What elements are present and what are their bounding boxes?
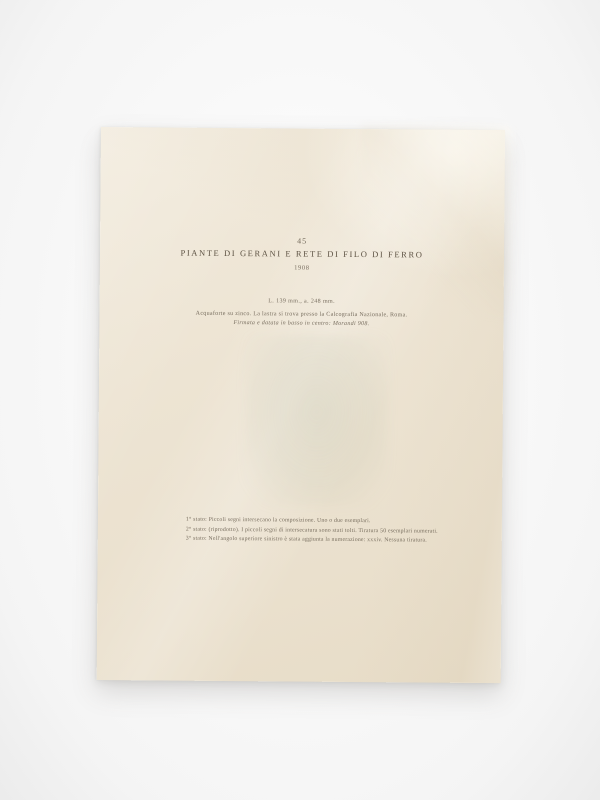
artwork-year: 1908: [100, 263, 504, 273]
paper-light-sheen: [97, 127, 505, 683]
signature-line: Firmata e datata in basso in centro: Mor…: [99, 319, 503, 328]
state-descriptions: 1° stato: Piccoli segni intersecano la c…: [186, 516, 424, 546]
etching-showthrough: [244, 334, 389, 507]
photo-background: 45 PIANTE DI GERANI E RETE DI FILO DI FE…: [0, 0, 600, 800]
state-line-3: 3° stato: Nell'angolo superiore sinistro…: [186, 535, 424, 546]
paper-sheet: 45 PIANTE DI GERANI E RETE DI FILO DI FE…: [97, 127, 505, 683]
artwork-title: PIANTE DI GERANI E RETE DI FILO DI FERRO: [100, 247, 504, 260]
artwork-dimensions: L. 139 mm., a. 248 mm.: [100, 297, 504, 306]
paper-fold-sheen: [360, 125, 511, 316]
technique-provenance-line: Acquaforte su zinco. La lastra si trova …: [100, 310, 504, 319]
page-number: 45: [100, 235, 504, 247]
